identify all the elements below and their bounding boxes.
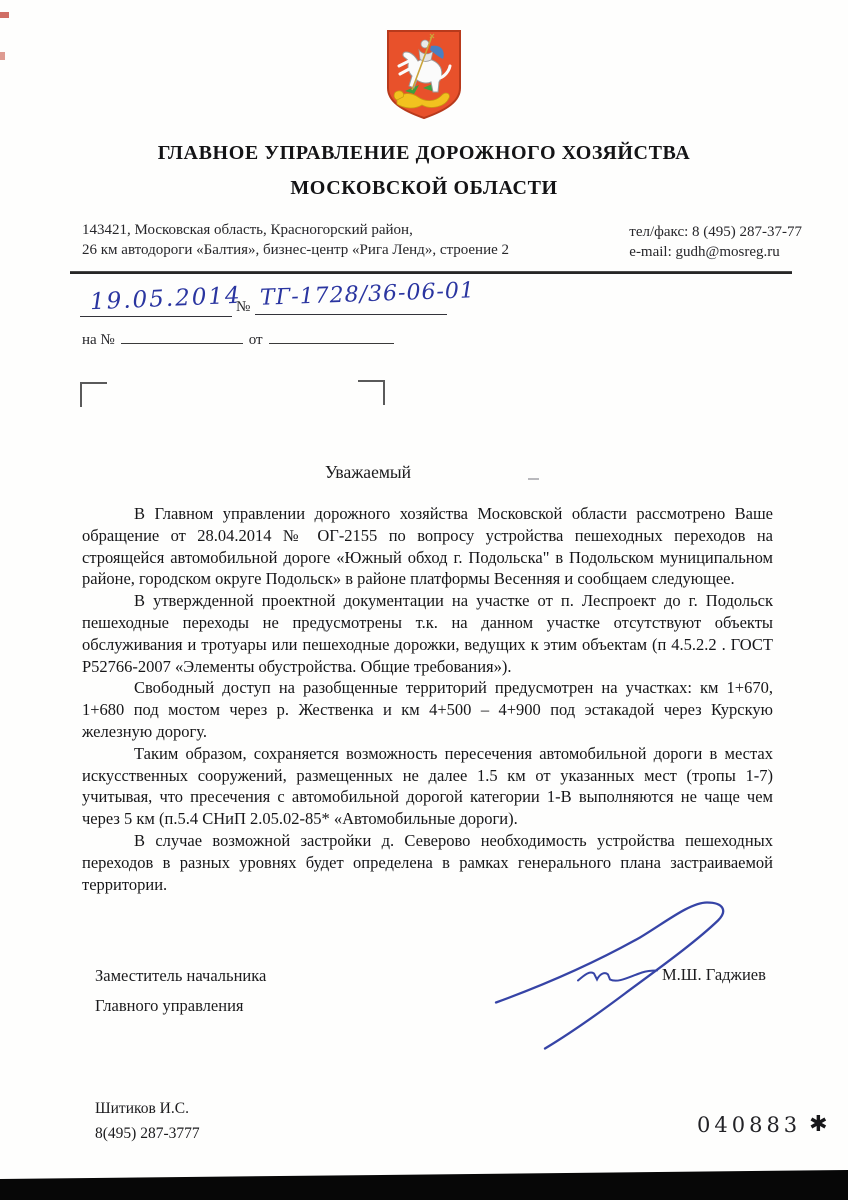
body-paragraph: В утвержденной проектной документации на…: [82, 590, 773, 677]
reply-date-blank: [269, 330, 394, 344]
form-serial-number: 040883 ✱: [697, 1112, 828, 1137]
executor-block: Шитиков И.С. 8(495) 287-3777: [95, 1096, 200, 1146]
body-paragraph: Свободный доступ на разобщенные территор…: [82, 677, 773, 742]
scan-edge-bar: [0, 1165, 848, 1200]
reply-prefix: на №: [82, 332, 115, 348]
handwritten-date: 19.05.2014: [90, 283, 243, 316]
date-underline: [80, 316, 232, 317]
addressee-corner-mark-left: [80, 382, 107, 407]
body-paragraph: В случае возможной застройки д. Северово…: [82, 830, 773, 895]
greeting: Уважаемый: [325, 462, 411, 483]
reply-from-label: от: [249, 332, 263, 348]
letterhead-info-row: 143421, Московская область, Красногорски…: [82, 220, 802, 262]
org-title-line2: МОСКОВСКОЙ ОБЛАСТИ: [0, 171, 848, 206]
reply-reference-row: на №от: [82, 330, 400, 349]
number-label: №: [236, 299, 250, 316]
org-address: 143421, Московская область, Красногорски…: [82, 220, 509, 262]
star-icon: ✱: [809, 1112, 827, 1137]
org-title-line1: ГЛАВНОЕ УПРАВЛЕНИЕ ДОРОЖНОГО ХОЗЯЙСТВА: [0, 136, 848, 171]
org-title: ГЛАВНОЕ УПРАВЛЕНИЕ ДОРОЖНОГО ХОЗЯЙСТВА М…: [0, 136, 848, 206]
signer-name: М.Ш. Гаджиев: [662, 965, 766, 985]
scan-artifact: [0, 12, 9, 18]
signer-position-line1: Заместитель начальника: [95, 961, 266, 991]
handwritten-outgoing-number: ТГ-1728/36-06-01: [260, 278, 476, 310]
scan-artifact: [0, 52, 5, 60]
addressee-corner-mark-right: [358, 380, 385, 405]
org-address-line2: 26 км автодороги «Балтия», бизнес-центр …: [82, 240, 509, 260]
org-email: e-mail: gudh@mosreg.ru: [629, 242, 802, 262]
letter-body: В Главном управлении дорожного хозяйства…: [82, 503, 773, 895]
scanned-letter-page: ГЛАВНОЕ УПРАВЛЕНИЕ ДОРОЖНОГО ХОЗЯЙСТВА М…: [0, 0, 848, 1200]
org-phone: тел/факс: 8 (495) 287-37-77: [629, 222, 802, 242]
executor-phone: 8(495) 287-3777: [95, 1121, 200, 1146]
form-serial-digits: 040883: [697, 1113, 801, 1137]
moscow-oblast-coat-of-arms-icon: [385, 28, 463, 122]
body-paragraph: В Главном управлении дорожного хозяйства…: [82, 503, 773, 590]
reply-number-blank: [121, 330, 243, 344]
number-underline: [255, 314, 447, 315]
signer-position-line2: Главного управления: [95, 991, 266, 1021]
org-contacts: тел/факс: 8 (495) 287-37-77 e-mail: gudh…: [629, 220, 802, 262]
letterhead-divider: [70, 271, 792, 274]
executor-name: Шитиков И.С.: [95, 1096, 200, 1121]
org-address-line1: 143421, Московская область, Красногорски…: [82, 220, 509, 240]
body-paragraph: Таким образом, сохраняется возможность п…: [82, 743, 773, 830]
signer-position: Заместитель начальника Главного управлен…: [95, 961, 266, 1021]
redacted-name-mark: [528, 478, 539, 480]
